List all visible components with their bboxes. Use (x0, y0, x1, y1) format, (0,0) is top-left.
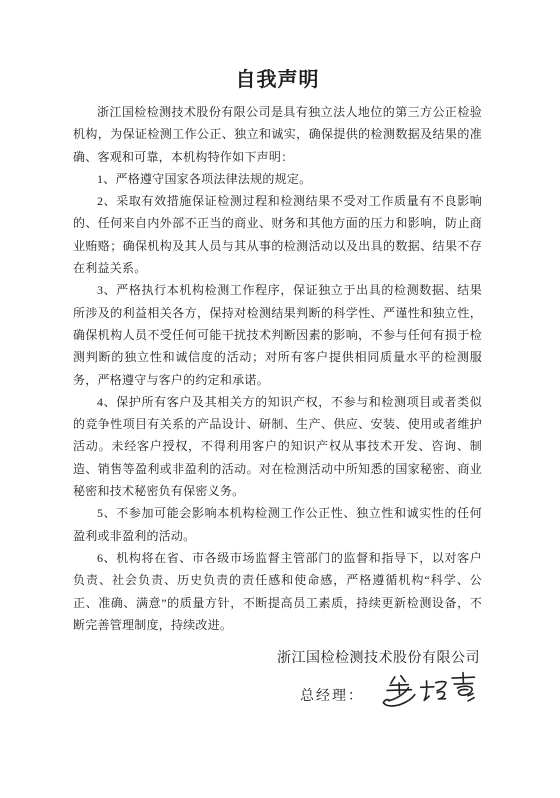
role-label: 总经理： (300, 685, 364, 705)
company-name: 浙江国检检测技术股份有限公司 (73, 649, 482, 669)
paragraph: 6、机构将在省、市各级市场监督主管部门的监督和指导下，以对客户负责、社会负责、历… (73, 547, 482, 636)
document-body: 浙江国检检测技术股份有限公司是具有独立法人地位的第三方公正检验机构，为保证检测工… (73, 101, 482, 636)
paragraph: 3、严格执行本机构检测工作程序，保证独立于出具的检测数据、结果所涉及的利益相关各… (73, 279, 482, 390)
paragraph: 5、不参加可能会影响本机构检测工作公正性、独立性和诚实性的任何盈利或非盈利的活动… (73, 502, 482, 547)
paragraph: 浙江国检检测技术股份有限公司是具有独立法人地位的第三方公正检验机构，为保证检测工… (73, 101, 482, 168)
document-title: 自我声明 (73, 66, 482, 94)
document-page: 自我声明 浙江国检检测技术股份有限公司是具有独立法人地位的第三方公正检验机构，为… (0, 0, 560, 798)
paragraph: 4、保护所有客户及其相关方的知识产权，不参与和检测项目或者类似的竞争性项目有关系… (73, 391, 482, 502)
signature-row: 总经理： (73, 679, 482, 711)
paragraph: 1、严格遵守国家各项法律法规的规定。 (73, 168, 482, 190)
handwritten-signature (379, 669, 482, 713)
signature-block: 浙江国检检测技术股份有限公司 总经理： (73, 649, 482, 711)
paragraph: 2、采取有效措施保证检测过程和检测结果不受对工作质量有不良影响的、任何来自内外部… (73, 190, 482, 279)
